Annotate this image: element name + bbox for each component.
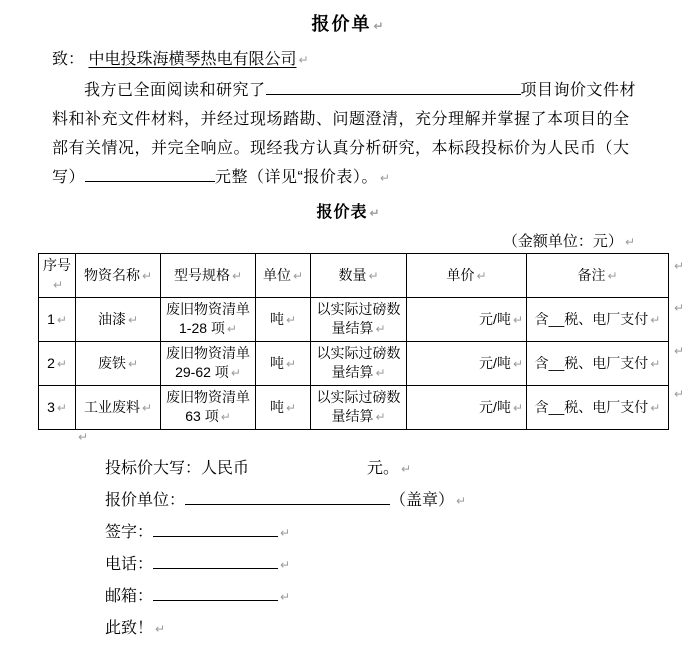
body-text: 料和补充文件材料，并经过现场踏勘、问题澄清，充分理解并掌握了本项目的全 xyxy=(52,111,630,128)
paragraph-mark-icon: ↵ xyxy=(625,235,635,249)
body-text: 项目询价文件材 xyxy=(521,82,637,99)
paragraph-mark-icon: ↵ xyxy=(142,269,152,283)
closing-text: 此致！ xyxy=(105,620,153,637)
body-text: 部有关情况，并完全响应。现经我方认真分析研究，本标段投标价为人民币（大 xyxy=(52,140,630,157)
bid-price-line: 投标价大写：人民币元。↵ xyxy=(105,455,411,478)
paragraph-mark-icon: ↵ xyxy=(155,622,165,636)
cell-unit: 吨↵ xyxy=(256,342,311,386)
quotation-document: 报价单↵ 致： 中电投珠海横琴热电有限公司↵ 我方已全面阅读和研究了项目询价文件… xyxy=(0,0,697,651)
paragraph-mark-icon: ↵ xyxy=(221,410,231,424)
closing-line: 此致！↵ xyxy=(105,615,165,638)
cell-unit: 吨↵ xyxy=(256,386,311,430)
paragraph-mark-icon: ↵ xyxy=(375,410,385,424)
column-header-price: 单价↵ xyxy=(407,254,527,298)
table-row: 1↵ 油漆↵ 废旧物资清单 1-28 项↵ 吨↵ 以实际过磅数量结算↵ 元/吨↵… xyxy=(39,298,669,342)
paragraph-mark-icon: ↵ xyxy=(280,558,290,572)
paragraph-mark-icon: ↵ xyxy=(57,401,67,415)
project-name-blank[interactable] xyxy=(266,78,521,95)
paragraph-mark-icon: ↵ xyxy=(513,357,523,371)
quote-company-line: 报价单位：（盖章）↵ xyxy=(105,487,466,510)
paragraph-mark-icon: ↵ xyxy=(650,401,660,415)
paragraph-mark-icon: ↵ xyxy=(280,526,290,540)
body-text: 元整（详见“报价表）。 xyxy=(215,169,378,186)
paragraph-mark-icon: ↵ xyxy=(57,313,67,327)
paragraph-mark-icon: ↵ xyxy=(231,366,241,380)
paragraph-mark-icon: ↵ xyxy=(401,462,411,476)
paragraph-mark-icon: ↵ xyxy=(380,171,391,185)
bid-amount-blank[interactable] xyxy=(85,165,215,182)
column-header-seq: 序号↵ xyxy=(39,254,76,298)
paragraph-mark-icon: ↵ xyxy=(650,357,660,371)
signature-label: 签字： xyxy=(105,524,153,541)
row-end-mark-icon: ↵ xyxy=(674,387,684,401)
paragraph-mark-icon: ↵ xyxy=(373,19,385,33)
paragraph-mark-icon: ↵ xyxy=(286,357,296,371)
quotation-table: 序号↵ 物资名称↵ 型号规格↵ 单位↵ 数量↵ 单价↵ 备注↵ 1↵ 油漆↵ 废… xyxy=(38,253,669,430)
phone-label: 电话： xyxy=(105,556,153,573)
recipient-line: 致： 中电投珠海横琴热电有限公司↵ xyxy=(52,46,309,69)
paragraph-mark-icon: ↵ xyxy=(369,206,380,220)
cell-spec: 废旧物资清单 63 项↵ xyxy=(161,386,256,430)
bid-price-label: 投标价大写：人民币 xyxy=(105,460,249,477)
cell-material: 废铁↵ xyxy=(76,342,161,386)
paragraph-mark-icon: ↵ xyxy=(513,401,523,415)
column-header-spec: 型号规格↵ xyxy=(161,254,256,298)
email-blank[interactable] xyxy=(153,584,278,601)
paragraph-mark-icon: ↵ xyxy=(607,269,617,283)
phone-blank[interactable] xyxy=(153,552,278,569)
column-header-unit: 单位↵ xyxy=(256,254,311,298)
paragraph-mark-icon: ↵ xyxy=(128,313,138,327)
table-title: 报价表 xyxy=(316,204,367,221)
body-paragraph: 我方已全面阅读和研究了项目询价文件材 料和补充文件材料，并经过现场踏勘、问题澄清… xyxy=(52,76,676,193)
paragraph-mark-icon: ↵ xyxy=(456,494,466,508)
body-line-2: 料和补充文件材料，并经过现场踏勘、问题澄清，充分理解并掌握了本项目的全 xyxy=(52,105,676,134)
column-header-material: 物资名称↵ xyxy=(76,254,161,298)
table-title-line: 报价表↵ xyxy=(0,199,697,222)
table-row: 2↵ 废铁↵ 废旧物资清单 29-62 项↵ 吨↵ 以实际过磅数量结算↵ 元/吨… xyxy=(39,342,669,386)
column-header-remark: 备注↵ xyxy=(527,254,669,298)
paragraph-mark-icon: ↵ xyxy=(293,269,303,283)
paragraph-mark-icon: ↵ xyxy=(368,269,378,283)
cell-remark[interactable]: 含__税、电厂支付↵ xyxy=(527,342,669,386)
body-line-3: 部有关情况，并完全响应。现经我方认真分析研究，本标段投标价为人民币（大 xyxy=(52,134,676,163)
cell-seq: 2↵ xyxy=(39,342,76,386)
title-line: 报价单↵ xyxy=(0,10,697,36)
unit-note: （金额单位：元）↵ xyxy=(503,230,635,251)
paragraph-mark-icon: ↵ xyxy=(128,357,138,371)
body-text: 我方已全面阅读和研究了 xyxy=(84,82,266,99)
row-end-mark-icon: ↵ xyxy=(674,301,684,315)
paragraph-mark-icon: ↵ xyxy=(375,366,385,380)
paragraph-mark-icon: ↵ xyxy=(57,357,67,371)
cell-price[interactable]: 元/吨↵ xyxy=(407,342,527,386)
recipient-label: 致： xyxy=(52,51,84,68)
cell-material: 工业废料↵ xyxy=(76,386,161,430)
paragraph-mark-icon: ↵ xyxy=(286,313,296,327)
quote-company-blank[interactable] xyxy=(185,488,390,505)
column-header-quantity: 数量↵ xyxy=(311,254,407,298)
email-line: 邮箱：↵ xyxy=(105,583,290,606)
signature-line: 签字：↵ xyxy=(105,519,290,542)
cell-remark[interactable]: 含__税、电厂支付↵ xyxy=(527,298,669,342)
recipient-company: 中电投珠海横琴热电有限公司 xyxy=(88,51,296,68)
quote-company-label: 报价单位： xyxy=(105,492,185,509)
cell-spec: 废旧物资清单 1-28 项↵ xyxy=(161,298,256,342)
paragraph-mark-icon: ↵ xyxy=(476,269,486,283)
cell-quantity: 以实际过磅数量结算↵ xyxy=(311,298,407,342)
page-title: 报价单 xyxy=(311,14,371,34)
paragraph-mark-icon: ↵ xyxy=(650,313,660,327)
phone-line: 电话：↵ xyxy=(105,551,290,574)
body-line-4: 写）元整（详见“报价表）。↵ xyxy=(52,163,676,193)
bid-price-unit: 元。 xyxy=(367,460,399,477)
paragraph-mark-icon: ↵ xyxy=(53,278,63,292)
paragraph-mark-icon: ↵ xyxy=(286,401,296,415)
unit-note-text: （金额单位：元） xyxy=(503,233,623,250)
cell-unit: 吨↵ xyxy=(256,298,311,342)
paragraph-mark-icon: ↵ xyxy=(375,322,385,336)
paragraph-mark-icon: ↵ xyxy=(227,322,237,336)
cell-price[interactable]: 元/吨↵ xyxy=(407,386,527,430)
cell-seq: 3↵ xyxy=(39,386,76,430)
cell-quantity: 以实际过磅数量结算↵ xyxy=(311,342,407,386)
seal-label: （盖章） xyxy=(390,492,454,509)
signature-blank[interactable] xyxy=(153,520,278,537)
paragraph-mark-icon: ↵ xyxy=(513,313,523,327)
email-label: 邮箱： xyxy=(105,588,153,605)
paragraph-mark-icon: ↵ xyxy=(142,401,152,415)
cell-quantity: 以实际过磅数量结算↵ xyxy=(311,386,407,430)
table-header-row: 序号↵ 物资名称↵ 型号规格↵ 单位↵ 数量↵ 单价↵ 备注↵ xyxy=(39,254,669,298)
cell-price[interactable]: 元/吨↵ xyxy=(407,298,527,342)
row-end-mark-icon: ↵ xyxy=(674,259,684,273)
paragraph-mark-icon: ↵ xyxy=(280,590,290,604)
paragraph-mark-icon: ↵ xyxy=(232,269,242,283)
cell-material: 油漆↵ xyxy=(76,298,161,342)
cell-remark[interactable]: 含__税、电厂支付↵ xyxy=(527,386,669,430)
table-row: 3↵ 工业废料↵ 废旧物资清单 63 项↵ 吨↵ 以实际过磅数量结算↵ 元/吨↵… xyxy=(39,386,669,430)
row-end-mark-icon: ↵ xyxy=(674,344,684,358)
cell-seq: 1↵ xyxy=(39,298,76,342)
body-text: 写） xyxy=(52,169,85,186)
paragraph-mark-icon: ↵ xyxy=(298,53,308,67)
paragraph-mark-icon: ↵ xyxy=(78,430,88,444)
cell-spec: 废旧物资清单 29-62 项↵ xyxy=(161,342,256,386)
body-line-1: 我方已全面阅读和研究了项目询价文件材 xyxy=(52,76,676,105)
